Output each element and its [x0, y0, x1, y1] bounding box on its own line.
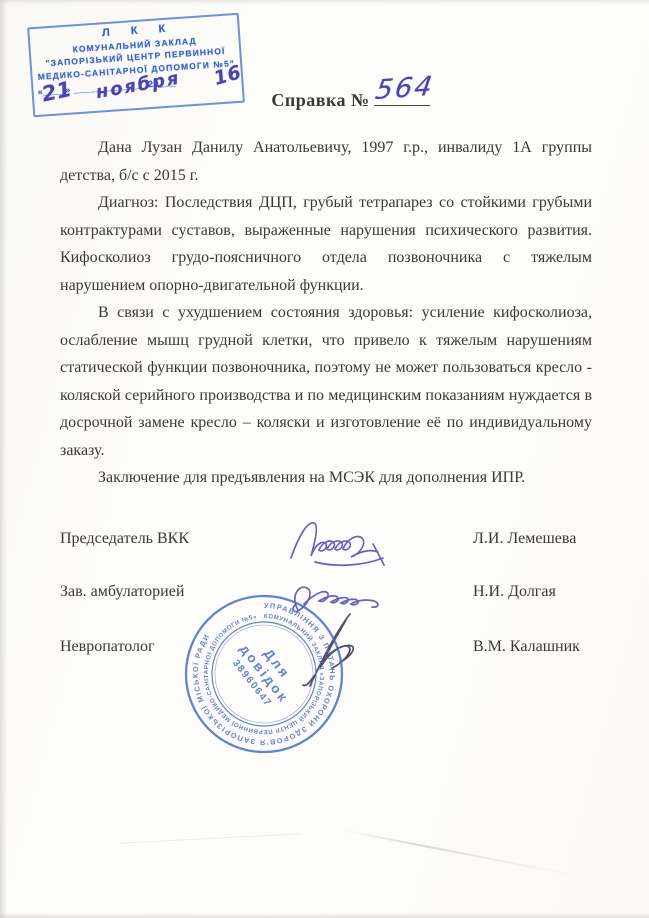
paragraph-issued-to: Дана Лузан Данилу Анатольевичу, 1997 г.р… — [60, 134, 592, 189]
signer-role-1: Председатель ВКК — [60, 530, 189, 548]
signature-lemesheva — [283, 512, 425, 570]
certificate-body: Дана Лузан Данилу Анатольевичу, 1997 г.р… — [60, 134, 592, 492]
signer-role-3: Невропатолог — [60, 638, 155, 656]
title-number-blank: 564 — [374, 91, 430, 106]
scan-edge-bottom — [0, 913, 649, 918]
title-label: Справка № — [271, 90, 369, 110]
signer-role-2: Зав. амбулаторией — [60, 583, 184, 601]
signer-name-3: В.М. Калашник — [473, 638, 580, 656]
paper-fold-line — [342, 829, 578, 877]
paragraph-diagnosis: Диагноз: Последствия ДЦП, грубый тетрапа… — [60, 189, 592, 299]
scan-edge-left — [0, 0, 7, 918]
document-title: Справка № 564 — [0, 90, 649, 111]
signer-name-1: Л.И. Лемешева — [473, 530, 576, 548]
handwritten-certificate-number: 564 — [373, 71, 436, 106]
scan-edge-top — [0, 0, 649, 4]
paper-fold-line-2 — [120, 833, 300, 843]
paragraph-condition: В связи с ухудшением состояния здоровья:… — [60, 299, 592, 464]
signer-name-2: Н.И. Долгая — [473, 583, 556, 601]
scanned-certificate-page: Л К К КОМУНАЛЬНИЙ ЗАКЛАД "ЗАПОРІЗЬКИЙ ЦЕ… — [0, 0, 649, 918]
paragraph-conclusion: Заключение для предъявления на МСЭК для … — [60, 464, 592, 492]
round-official-stamp: УПРАВЛІННЯ З ПИТАНЬ ОХОРОНИ ЗДОРОВ'Я ЗАП… — [180, 590, 348, 758]
